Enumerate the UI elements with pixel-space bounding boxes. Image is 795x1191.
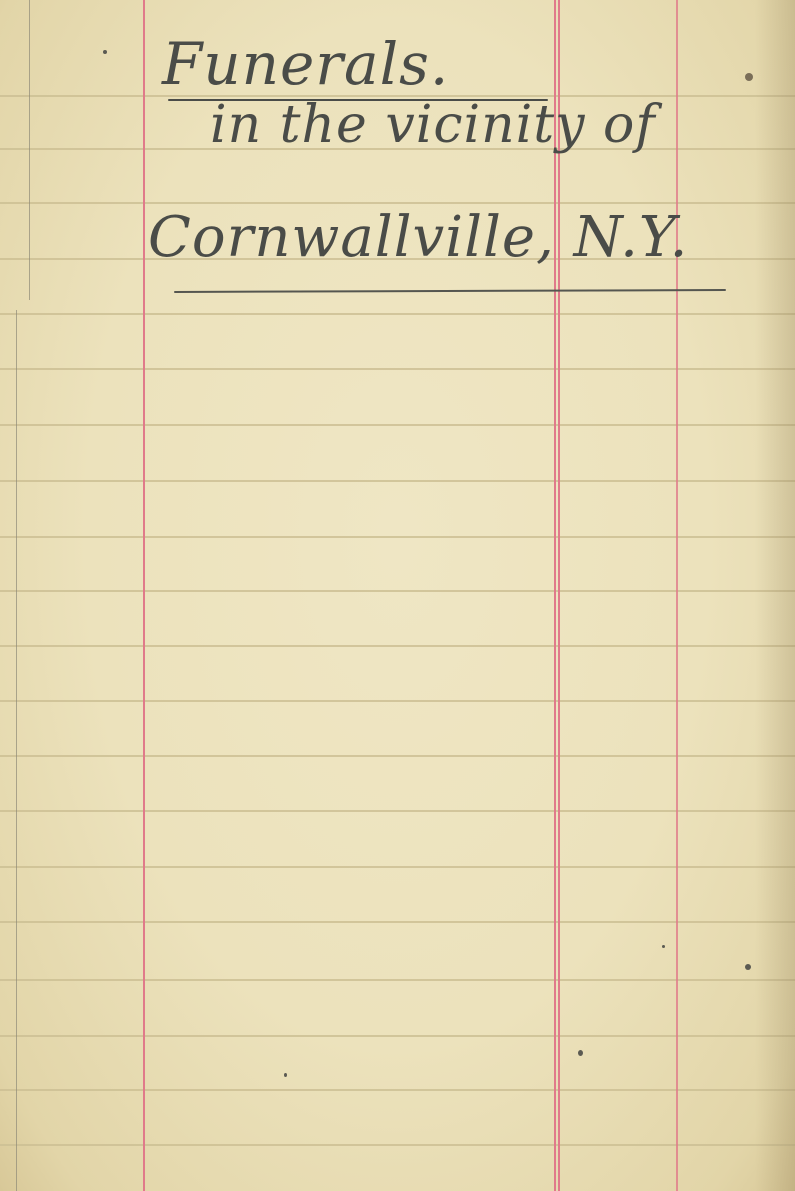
ink-speck (103, 50, 107, 54)
ink-speck (578, 1050, 583, 1056)
ink-speck (662, 945, 665, 948)
red-margin-line (143, 0, 145, 1191)
ledger-page: Funerals. in the vicinity of Cornwallvil… (0, 0, 795, 1191)
pencil-margin-line (29, 0, 30, 300)
handwritten-subtitle: in the vicinity of (210, 95, 656, 155)
ink-speck (284, 1073, 287, 1077)
ink-speck (745, 964, 751, 970)
place-underline (174, 289, 726, 293)
red-margin-line (558, 0, 560, 1191)
red-margin-line (676, 0, 678, 1191)
handwritten-place: Cornwallville, N.Y. (148, 205, 688, 270)
red-margin-line (554, 0, 556, 1191)
ink-speck (745, 73, 753, 81)
pencil-margin-line (16, 310, 17, 1191)
handwritten-title: Funerals. (162, 30, 449, 98)
